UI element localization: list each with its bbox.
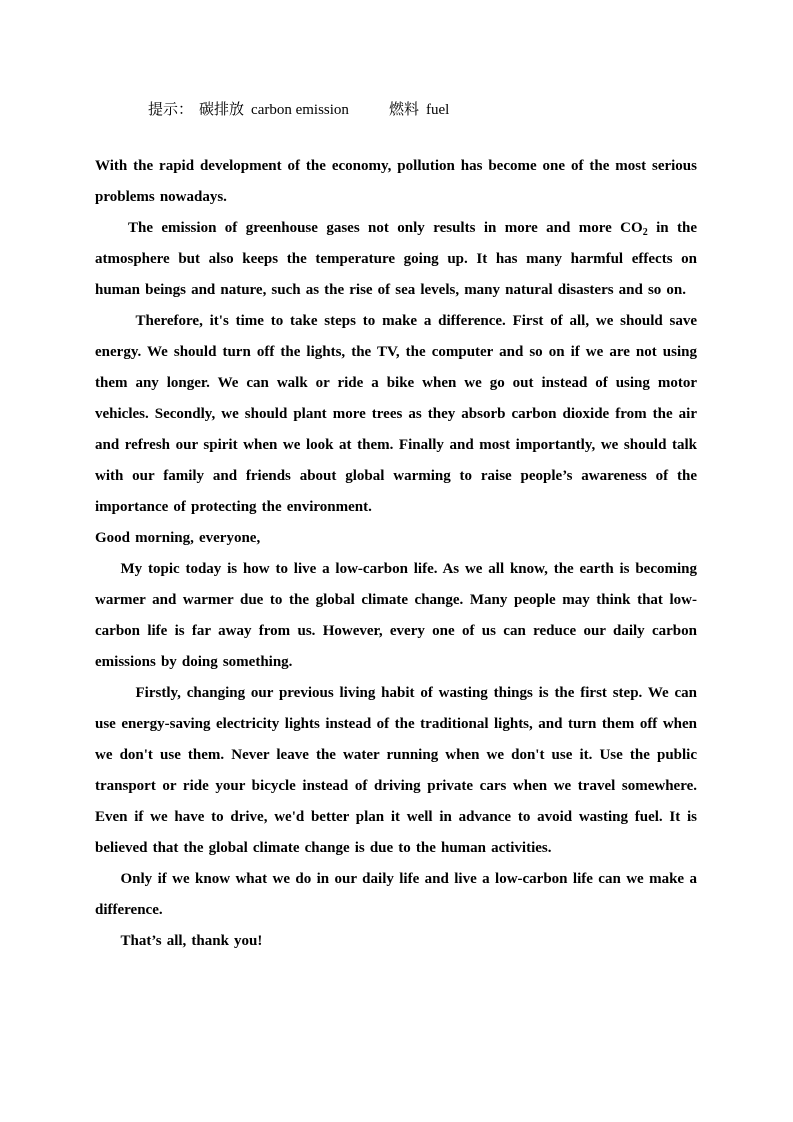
essay-paragraph-steps: Therefore, it's time to take steps to ma…: [95, 306, 697, 523]
hint-term1-zh: 碳排放: [199, 102, 244, 118]
hint-label: 提示：: [148, 102, 193, 118]
essay-body: With the rapid development of the econom…: [95, 151, 697, 957]
hint-term2-zh: 燃料: [389, 102, 419, 118]
emission-text-before-sub: The emission of greenhouse gases not onl…: [128, 220, 643, 236]
document-page: 提示：碳排放carbon emission燃料fuel With the rap…: [0, 0, 793, 1122]
hint-term2-en: fuel: [426, 102, 449, 118]
essay-paragraph-conclusion: Only if we know what we do in our daily …: [95, 864, 697, 926]
essay-paragraph-firstly: Firstly, changing our previous living ha…: [95, 678, 697, 864]
essay-paragraph-closing: That’s all, thank you!: [95, 926, 697, 957]
essay-paragraph-topic: My topic today is how to live a low-carb…: [95, 554, 697, 678]
hint-line: 提示：碳排放carbon emission燃料fuel: [0, 0, 793, 121]
essay-paragraph-greeting: Good morning, everyone,: [95, 523, 697, 554]
essay-paragraph-emission: The emission of greenhouse gases not onl…: [95, 213, 697, 306]
essay-paragraph-intro: With the rapid development of the econom…: [95, 151, 697, 213]
hint-term1-en: carbon emission: [251, 102, 349, 118]
